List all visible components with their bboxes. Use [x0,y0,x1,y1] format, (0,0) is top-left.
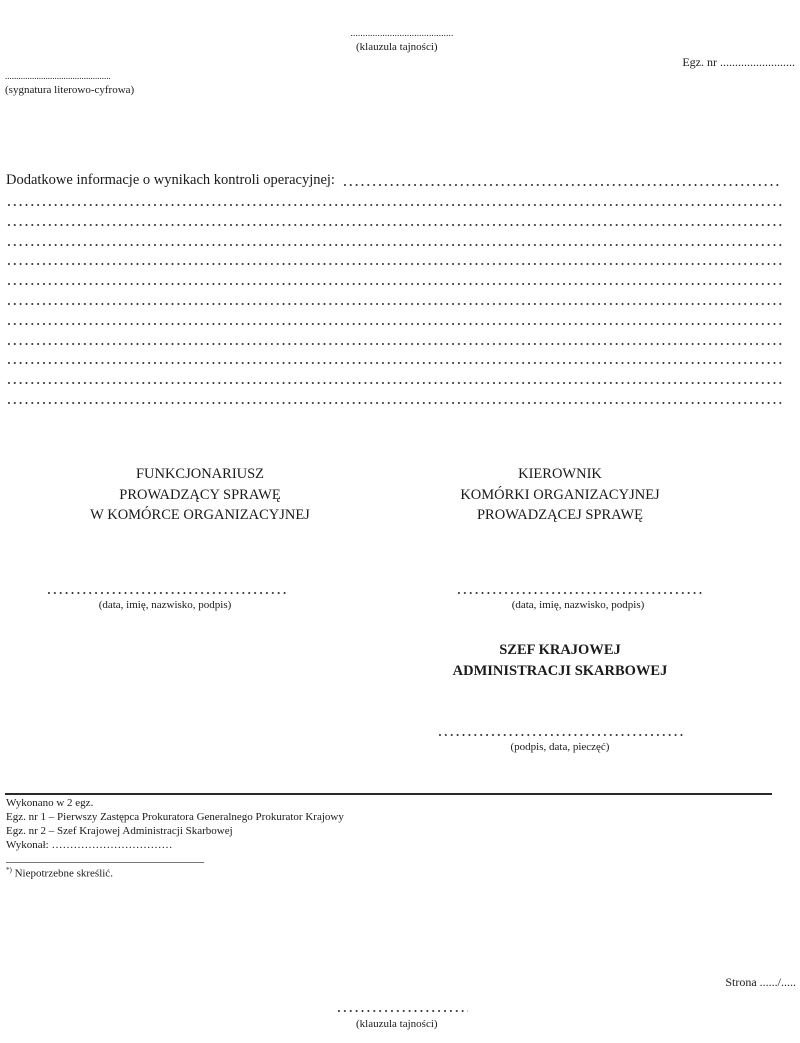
classification-fill-line[interactable]: ........................................… [328,28,476,38]
reference-signature-fill-line[interactable]: ........................................… [5,71,157,81]
info-fill-line[interactable] [6,343,784,345]
officer-signature-line[interactable] [46,592,288,594]
info-fill-line[interactable] [6,303,784,305]
chief-signature-title: SZEF KRAJOWEJ ADMINISTRACJI SKARBOWEJ [410,640,710,682]
info-fill-line[interactable] [6,283,784,285]
chief-title-line: SZEF KRAJOWEJ [410,640,710,661]
chief-signature-line[interactable] [437,734,683,736]
officer-title-line: FUNKCJONARIUSZ [50,464,350,485]
manager-signature-caption: (data, imię, nazwisko, podpis) [428,599,728,611]
copy-number-field[interactable]: Egz. nr ......................... [682,55,795,70]
footnote: *) Niepotrzebne skreślić. [6,866,113,880]
info-section-heading: Dodatkowe informacje o wynikach kontroli… [6,172,335,189]
copies-made-text: Wykonano w 2 egz. [6,797,93,809]
manager-title-line: PROWADZĄCEJ SPRAWĘ [410,505,710,526]
info-fill-line[interactable] [6,263,784,265]
info-fill-line[interactable] [6,362,784,364]
manager-signature-line[interactable] [456,592,702,594]
copy-1-recipient: Egz. nr 1 – Pierwszy Zastępca Prokurator… [6,811,344,823]
info-fill-line[interactable] [6,382,784,384]
executed-by-field[interactable]: Wykonał: …………………………… [6,839,172,851]
reference-signature-label: (sygnatura literowo-cyfrowa) [5,84,134,96]
bottom-classification-label: (klauzula tajności) [356,1018,438,1030]
copy-2-recipient: Egz. nr 2 – Szef Krajowej Administracji … [6,825,233,837]
officer-title-line: PROWADZĄCY SPRAWĘ [50,485,350,506]
chief-title-line: ADMINISTRACJI SKARBOWEJ [410,661,710,682]
classification-label: (klauzula tajności) [356,41,438,53]
footnote-text: Niepotrzebne skreślić. [12,868,113,880]
officer-signature-title: FUNKCJONARIUSZ PROWADZĄCY SPRAWĘ W KOMÓR… [50,464,350,526]
info-fill-line[interactable] [6,402,784,404]
info-fill-line[interactable] [6,204,784,206]
info-fill-line[interactable] [6,323,784,325]
manager-title-line: KIEROWNIK [410,464,710,485]
chief-signature-caption: (podpis, data, pieczęć) [410,741,710,753]
manager-title-line: KOMÓRKI ORGANIZACYJNEJ [410,485,710,506]
manager-signature-title: KIEROWNIK KOMÓRKI ORGANIZACYJNEJ PROWADZ… [410,464,710,526]
officer-title-line: W KOMÓRCE ORGANIZACYJNEJ [50,505,350,526]
officer-signature-caption: (data, imię, nazwisko, podpis) [15,599,315,611]
info-heading-fill-line[interactable] [342,184,780,186]
info-fill-line[interactable] [6,224,784,226]
info-fill-line[interactable] [6,244,784,246]
footer-divider [5,793,772,795]
footnote-divider [6,862,204,863]
page-number-field[interactable]: Strona ....../..... [725,975,796,990]
bottom-classification-fill-line[interactable] [336,1010,468,1012]
